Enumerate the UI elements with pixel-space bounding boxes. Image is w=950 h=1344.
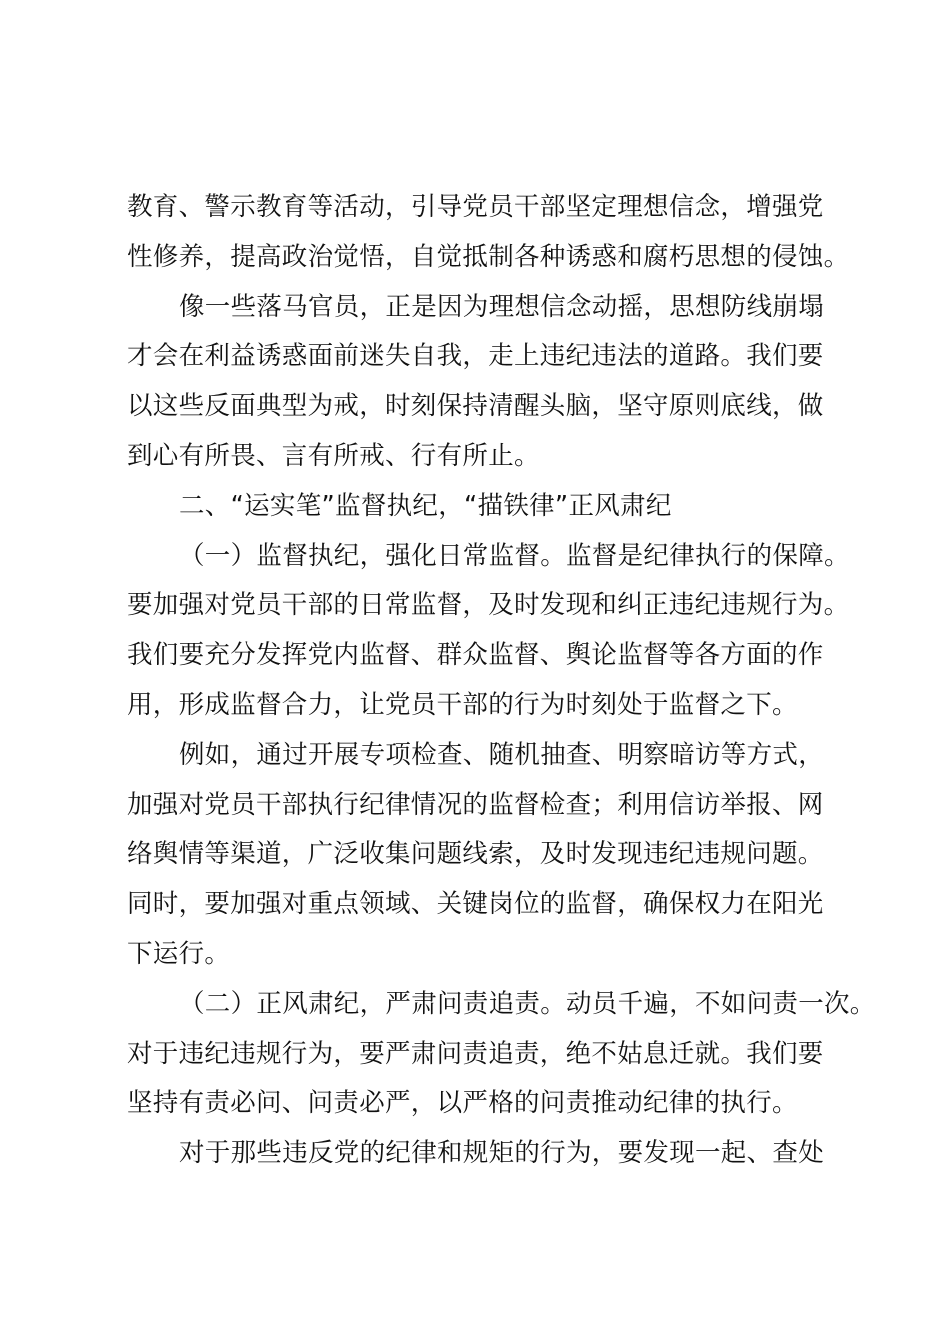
text-line: 教育、警示教育等活动，引导党员干部坚定理想信念，增强党	[127, 186, 847, 236]
text-line: 像一些落马官员，正是因为理想信念动摇，思想防线崩塌	[127, 286, 847, 336]
text-line: 下运行。	[127, 933, 847, 983]
paragraph-violations: 对于那些违反党的纪律和规矩的行为，要发现一起、查处	[127, 1132, 847, 1182]
text-line: 到心有所畏、言有所戒、行有所止。	[127, 435, 847, 485]
subsection-supervision: （一）监督执纪，强化日常监督。监督是纪律执行的保障。 要加强对党员干部的日常监督…	[127, 535, 847, 734]
text-line: （一）监督执纪，强化日常监督。监督是纪律执行的保障。	[127, 535, 847, 585]
text-line: 加强对党员干部执行纪律情况的监督检查；利用信访举报、网	[127, 784, 847, 834]
document-page: 教育、警示教育等活动，引导党员干部坚定理想信念，增强党 性修养，提高政治觉悟，自…	[0, 0, 950, 1344]
subsection-accountability: （二）正风肃纪，严肃问责追责。动员千遍，不如问责一次。 对于违纪违规行为，要严肃…	[127, 983, 847, 1132]
paragraph-fallen-officials: 像一些落马官员，正是因为理想信念动摇，思想防线崩塌 才会在利益诱惑面前迷失自我，…	[127, 286, 847, 485]
text-line: 对于违纪违规行为，要严肃问责追责，绝不姑息迁就。我们要	[127, 1033, 847, 1083]
text-line: 对于那些违反党的纪律和规矩的行为，要发现一起、查处	[127, 1132, 847, 1182]
text-line: 性修养，提高政治觉悟，自觉抵制各种诱惑和腐朽思想的侵蚀。	[127, 236, 847, 286]
document-body: 教育、警示教育等活动，引导党员干部坚定理想信念，增强党 性修养，提高政治觉悟，自…	[127, 186, 847, 1182]
paragraph-ideal-belief-continuation: 教育、警示教育等活动，引导党员干部坚定理想信念，增强党 性修养，提高政治觉悟，自…	[127, 186, 847, 286]
text-line: 例如，通过开展专项检查、随机抽查、明察暗访等方式，	[127, 734, 847, 784]
text-line: 以这些反面典型为戒，时刻保持清醒头脑，坚守原则底线，做	[127, 385, 847, 435]
text-line: 我们要充分发挥党内监督、群众监督、舆论监督等各方面的作	[127, 634, 847, 684]
text-line: 才会在利益诱惑面前迷失自我，走上违纪违法的道路。我们要	[127, 335, 847, 385]
text-line: 络舆情等渠道，广泛收集问题线索，及时发现违纪违规问题。	[127, 833, 847, 883]
text-line: （二）正风肃纪，严肃问责追责。动员千遍，不如问责一次。	[127, 983, 847, 1033]
text-line: 坚持有责必问、问责必严，以严格的问责推动纪律的执行。	[127, 1082, 847, 1132]
text-line: 同时，要加强对重点领域、关键岗位的监督，确保权力在阳光	[127, 883, 847, 933]
paragraph-supervision-examples: 例如，通过开展专项检查、随机抽查、明察暗访等方式， 加强对党员干部执行纪律情况的…	[127, 734, 847, 983]
section-heading-2: 二、“运实笔”监督执纪，“描铁律”正风肃纪	[127, 485, 847, 535]
section-heading-text: 二、“运实笔”监督执纪，“描铁律”正风肃纪	[127, 485, 847, 535]
text-line: 用，形成监督合力，让党员干部的行为时刻处于监督之下。	[127, 684, 847, 734]
text-line: 要加强对党员干部的日常监督，及时发现和纠正违纪违规行为。	[127, 584, 847, 634]
